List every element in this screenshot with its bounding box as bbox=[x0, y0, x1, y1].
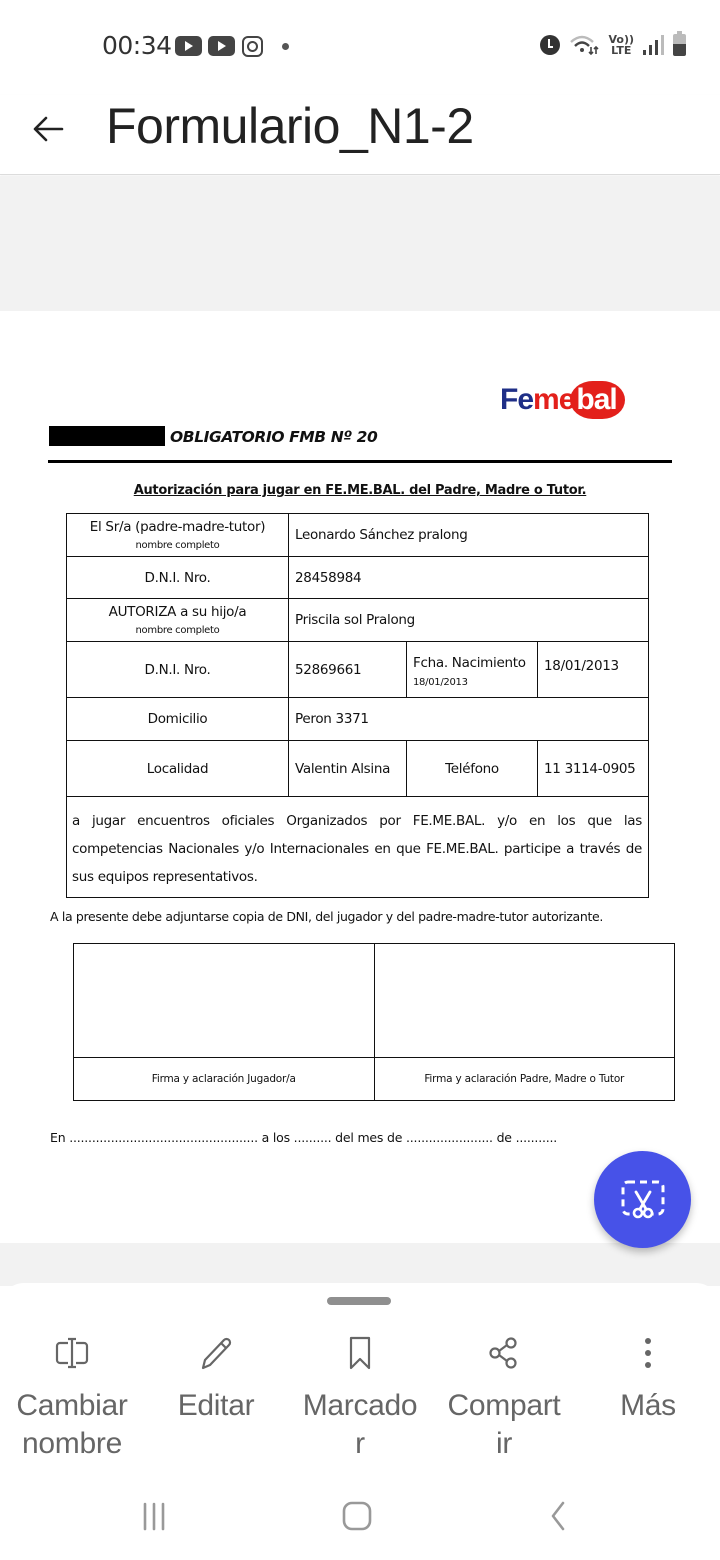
more-button[interactable]: Más bbox=[576, 1333, 720, 1463]
child-label-cell: AUTORIZA a su hijo/a nombre completo bbox=[67, 599, 289, 642]
battery-icon bbox=[673, 34, 686, 56]
table-row: D.N.I. Nro. 28458984 bbox=[67, 557, 649, 599]
birth-date-value: 18/01/2013 bbox=[538, 642, 649, 698]
table-row: AUTORIZA a su hijo/a nombre completo Pri… bbox=[67, 599, 649, 642]
screenshot-scissors-icon bbox=[620, 1179, 666, 1221]
signature-space-row bbox=[74, 944, 675, 1058]
table-row: a jugar encuentros oficiales Organizados… bbox=[67, 797, 649, 898]
redaction-block bbox=[49, 426, 165, 446]
wifi-icon bbox=[569, 34, 599, 56]
system-navigation-bar bbox=[0, 1480, 720, 1560]
heading-divider bbox=[48, 460, 672, 463]
logo-part-fe: Fe bbox=[500, 383, 533, 417]
action-row: Cambiar nombre Editar Marcado r bbox=[0, 1333, 720, 1463]
femebal-logo: Fe me bal bbox=[500, 380, 625, 420]
alarm-icon bbox=[540, 35, 560, 55]
lte-label: LTE bbox=[608, 45, 634, 56]
pencil-icon bbox=[198, 1335, 234, 1371]
instagram-icon bbox=[242, 36, 263, 57]
locality-value: Valentin Alsina bbox=[289, 741, 407, 797]
signal-icon bbox=[643, 35, 664, 55]
phone-value: 11 3114-0905 bbox=[538, 741, 649, 797]
youtube-icon bbox=[208, 36, 235, 56]
rename-icon bbox=[54, 1335, 90, 1371]
table-row: Localidad Valentin Alsina Teléfono 11 31… bbox=[67, 741, 649, 797]
authorization-form-table: El Sr/a (padre-madre-tutor) nombre compl… bbox=[66, 513, 649, 898]
document-title: Formulario_N1-2 bbox=[106, 97, 474, 155]
rename-label: Cambiar nombre bbox=[16, 1387, 127, 1463]
more-label: Más bbox=[620, 1387, 676, 1425]
child-sublabel: nombre completo bbox=[73, 625, 282, 636]
edit-label: Editar bbox=[178, 1387, 255, 1425]
home-icon bbox=[341, 1500, 373, 1532]
share-label: Compart ir bbox=[448, 1387, 561, 1463]
child-label: AUTORIZA a su hijo/a bbox=[109, 604, 247, 620]
bookmark-icon bbox=[342, 1335, 378, 1371]
attachment-note: A la presente debe adjuntarse copia de D… bbox=[50, 909, 603, 924]
youtube-icon bbox=[175, 36, 202, 56]
document-subtitle: Autorización para jugar en FE.ME.BAL. de… bbox=[0, 483, 720, 498]
share-icon bbox=[486, 1335, 522, 1371]
recent-apps-button[interactable] bbox=[130, 1496, 180, 1536]
bookmark-label: Marcado r bbox=[303, 1387, 418, 1463]
birth-label-note: 18/01/2013 bbox=[413, 677, 531, 688]
player-signature-label: Firma y aclaración Jugador/a bbox=[74, 1058, 375, 1101]
parent-dni-label: D.N.I. Nro. bbox=[67, 557, 289, 599]
parent-sublabel: nombre completo bbox=[73, 540, 282, 551]
home-button[interactable] bbox=[332, 1496, 382, 1536]
birth-label-cell: Fcha. Nacimiento 18/01/2013 bbox=[407, 642, 538, 698]
status-time: 00:34 bbox=[102, 31, 172, 60]
child-name-value: Priscila sol Pralong bbox=[289, 599, 649, 642]
logo-part-bal: bal bbox=[570, 381, 624, 419]
document-heading: OBLIGATORIO FMB Nº 20 bbox=[170, 428, 377, 446]
signature-label-row: Firma y aclaración Jugador/a Firma y acl… bbox=[74, 1058, 675, 1101]
address-value: Peron 3371 bbox=[289, 698, 649, 741]
app-bar: Formulario_N1-2 bbox=[0, 95, 720, 175]
rename-button[interactable]: Cambiar nombre bbox=[0, 1333, 144, 1463]
recent-apps-icon bbox=[140, 1501, 170, 1531]
child-dni-value: 52869661 bbox=[289, 642, 407, 698]
screenshot-capture-button[interactable] bbox=[594, 1151, 691, 1248]
address-label: Domicilio bbox=[67, 698, 289, 741]
arrow-left-icon[interactable] bbox=[30, 109, 70, 149]
drag-handle[interactable] bbox=[327, 1297, 391, 1305]
parent-signature-box bbox=[374, 944, 675, 1058]
child-dni-label: D.N.I. Nro. bbox=[67, 642, 289, 698]
parent-label: El Sr/a (padre-madre-tutor) bbox=[90, 519, 265, 535]
parent-signature-label: Firma y aclaración Padre, Madre o Tutor bbox=[374, 1058, 675, 1101]
parent-label-cell: El Sr/a (padre-madre-tutor) nombre compl… bbox=[67, 514, 289, 557]
more-vertical-icon bbox=[630, 1335, 666, 1371]
edit-button[interactable]: Editar bbox=[144, 1333, 288, 1463]
notification-dot-icon bbox=[282, 43, 289, 50]
table-row: Domicilio Peron 3371 bbox=[67, 698, 649, 741]
back-icon bbox=[543, 1501, 573, 1531]
share-button[interactable]: Compart ir bbox=[432, 1333, 576, 1463]
player-signature-box bbox=[74, 944, 375, 1058]
date-place-line: En .....................................… bbox=[50, 1130, 557, 1145]
parent-dni-value: 28458984 bbox=[289, 557, 649, 599]
parent-name-value: Leonardo Sánchez pralong bbox=[289, 514, 649, 557]
table-row: D.N.I. Nro. 52869661 Fcha. Nacimiento 18… bbox=[67, 642, 649, 698]
phone-label: Teléfono bbox=[407, 741, 538, 797]
back-button[interactable] bbox=[533, 1496, 583, 1536]
birth-label: Fcha. Nacimiento bbox=[413, 655, 526, 671]
locality-label: Localidad bbox=[67, 741, 289, 797]
bookmark-button[interactable]: Marcado r bbox=[288, 1333, 432, 1463]
authorization-text: a jugar encuentros oficiales Organizados… bbox=[67, 797, 649, 898]
volte-lte-icon: Vo)) LTE bbox=[608, 34, 634, 56]
table-row: El Sr/a (padre-madre-tutor) nombre compl… bbox=[67, 514, 649, 557]
signature-table: Firma y aclaración Jugador/a Firma y acl… bbox=[73, 943, 675, 1101]
logo-part-me: me bbox=[533, 383, 574, 417]
status-bar: 00:34 Vo)) LTE bbox=[0, 0, 720, 95]
